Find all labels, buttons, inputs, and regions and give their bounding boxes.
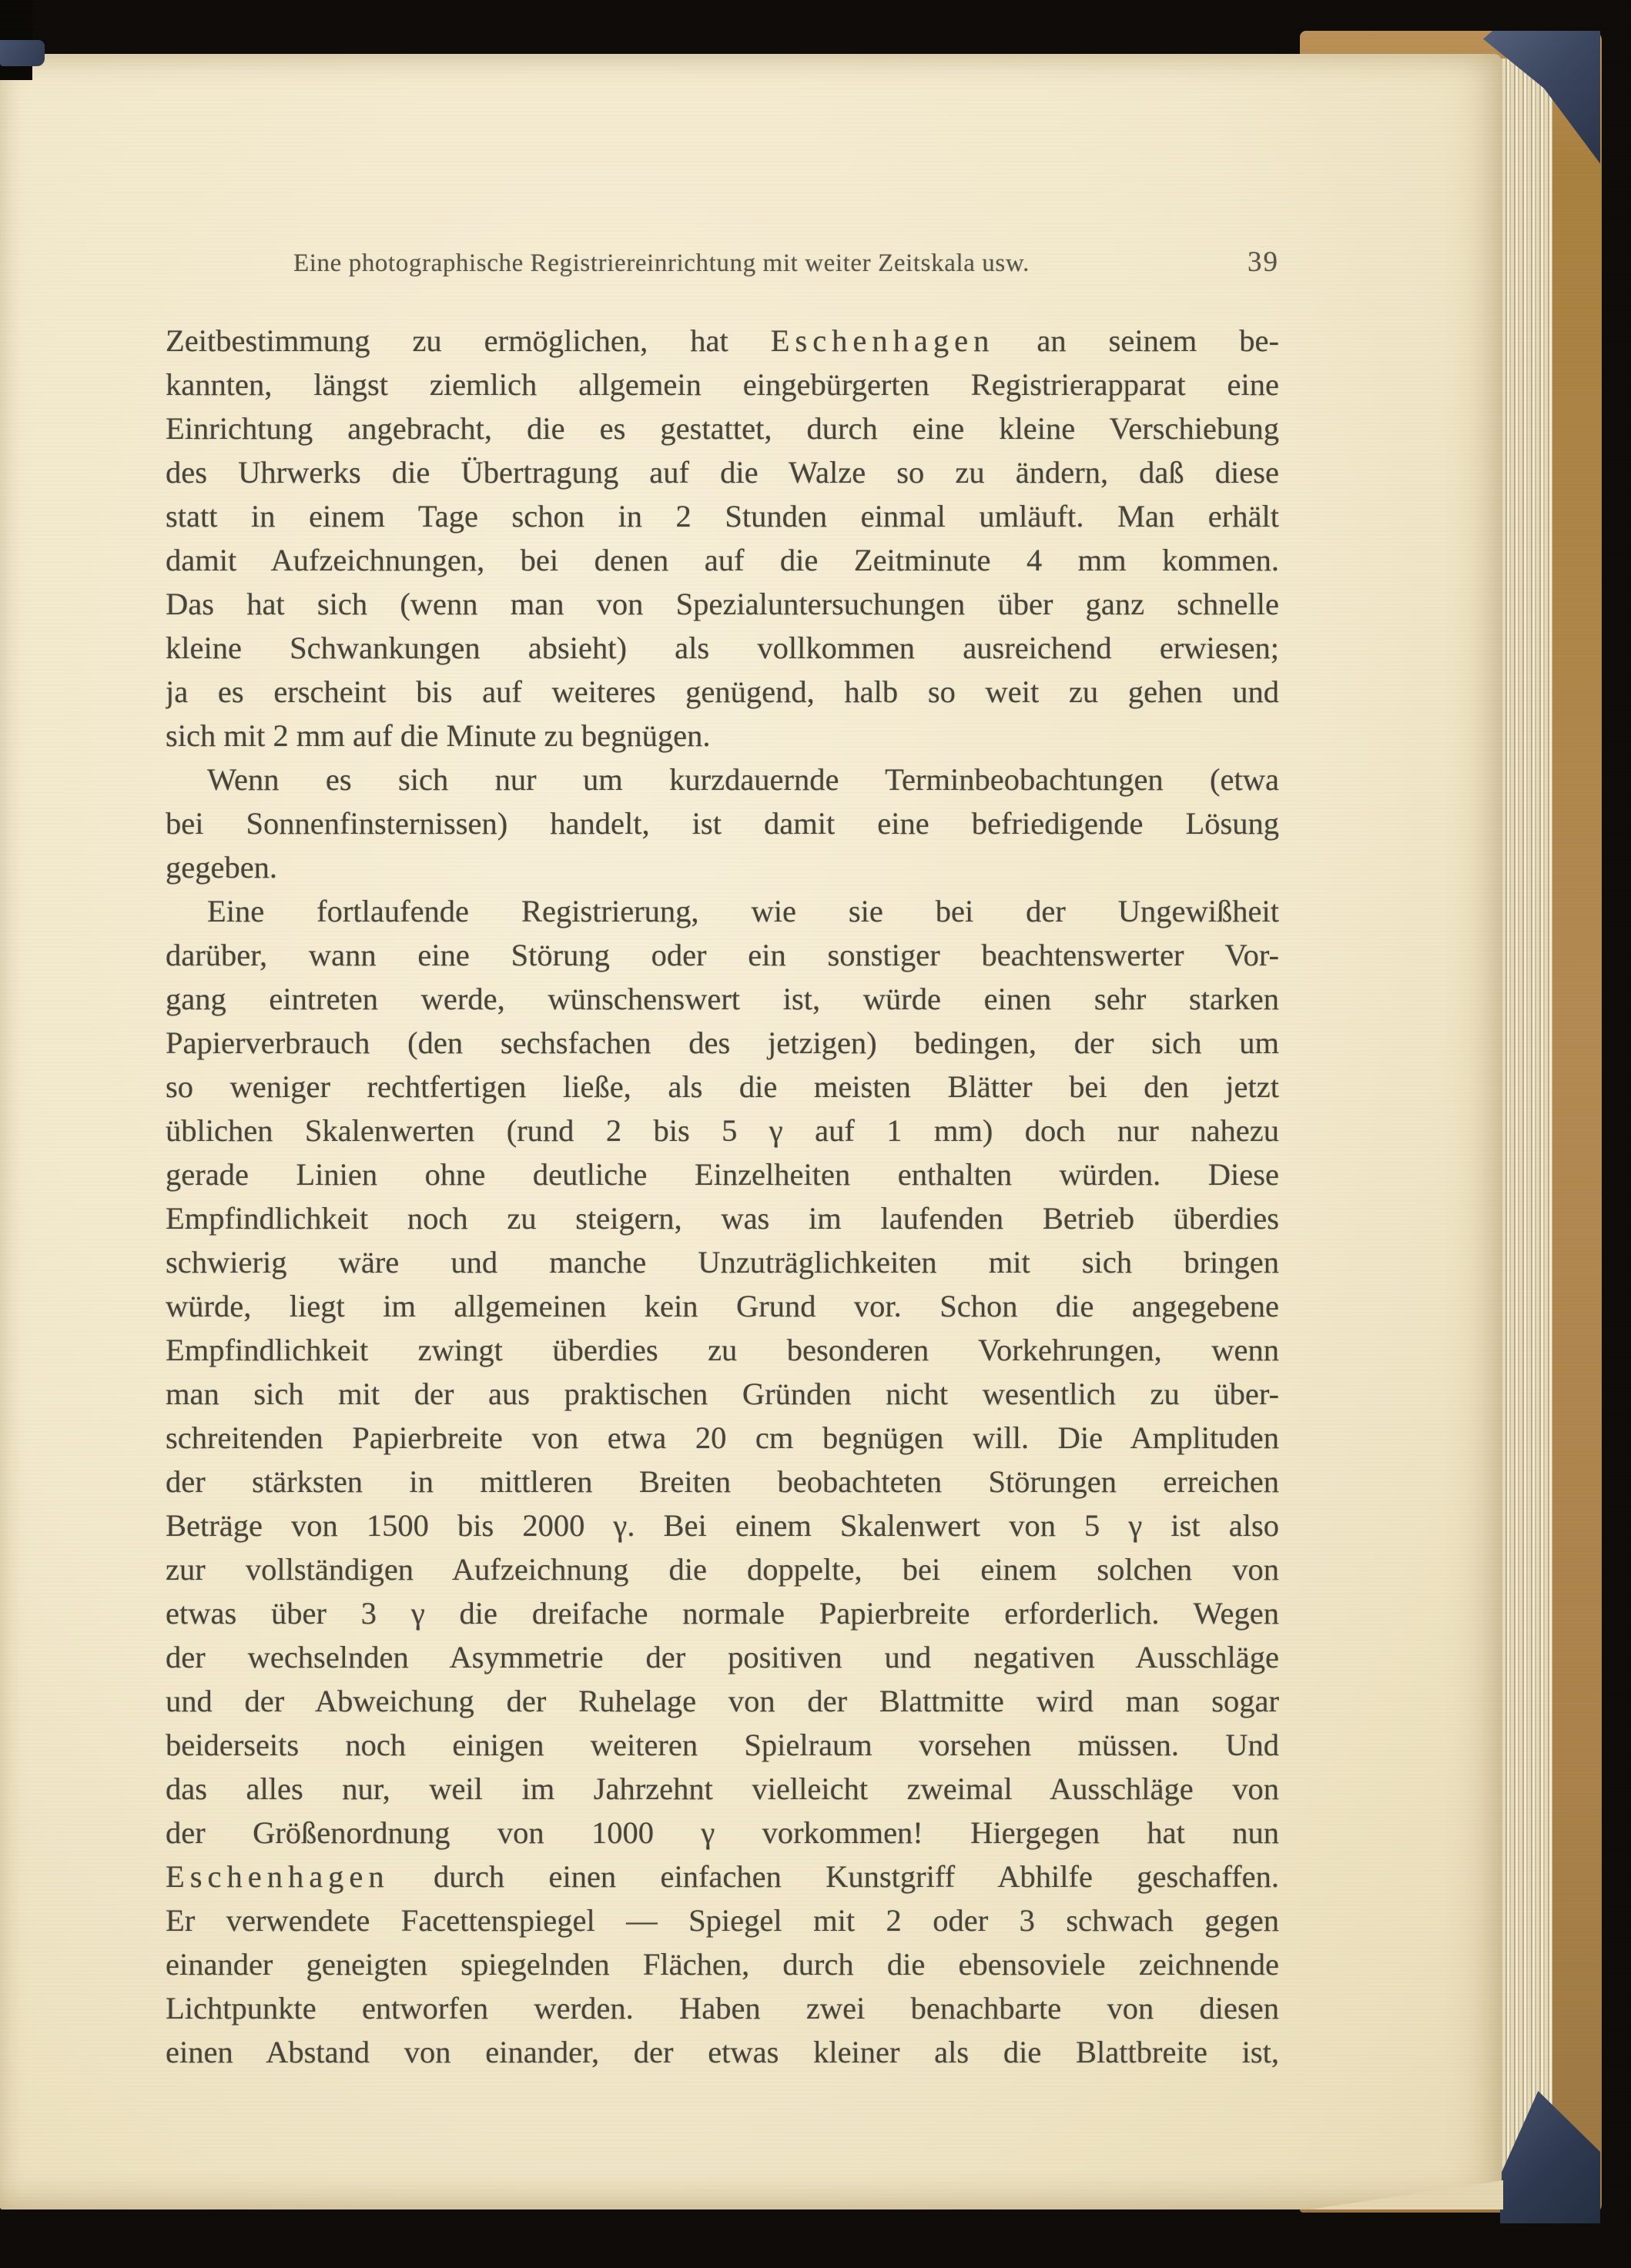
text-line: einander geneigten spiegelnden Flächen, …: [166, 1942, 1279, 1986]
running-title: Eine photographische Registriereinrichtu…: [293, 249, 1030, 278]
text-line: kannten, längst ziemlich allgemein einge…: [166, 363, 1279, 406]
text-line: sich mit 2 mm auf die Minute zu begnügen…: [166, 714, 1279, 758]
text-line: der Größenordnung von 1000 γ vorkommen! …: [166, 1811, 1279, 1855]
text-line: bei Sonnenfinsternissen) handelt, ist da…: [166, 801, 1279, 845]
text-line: Papierverbrauch (den sechsfachen des jet…: [166, 1021, 1279, 1065]
text-line: kleine Schwankungen absieht) als vollkom…: [166, 626, 1279, 670]
text-line: schwierig wäre und manche Unzuträglichke…: [166, 1240, 1279, 1284]
text-line: gang eintreten werde, wünschenswert ist,…: [166, 977, 1279, 1021]
book-page: Eine photographische Registriereinrichtu…: [0, 54, 1502, 2209]
text-line: statt in einem Tage schon in 2 Stunden e…: [166, 494, 1279, 538]
text-line: man sich mit der aus praktischen Gründen…: [166, 1372, 1279, 1416]
text-line: Zeitbestimmung zu ermöglichen, hat Esche…: [166, 319, 1279, 363]
body-text: Zeitbestimmung zu ermöglichen, hat Esche…: [166, 319, 1279, 2074]
text-line: so weniger rechtfertigen ließe, als die …: [166, 1065, 1279, 1109]
letterspaced-name: Eschenhagen: [771, 323, 995, 358]
page-corner-fold: [1309, 2180, 1503, 2209]
text-line: der wechselnden Asymmetrie der positiven…: [166, 1635, 1279, 1679]
text-line: damit Aufzeichnungen, bei denen auf die …: [166, 538, 1279, 582]
text-line: der stärksten in mittleren Breiten beoba…: [166, 1460, 1279, 1504]
text-line: einen Abstand von einander, der etwas kl…: [166, 2030, 1279, 2074]
text-line: zur vollständigen Aufzeichnung die doppe…: [166, 1547, 1279, 1591]
page-header: Eine photographische Registriereinrichtu…: [166, 246, 1279, 279]
scanned-book-page: Eine photographische Registriereinrichtu…: [0, 0, 1631, 2268]
letterspaced-name: Eschenhagen: [166, 1859, 390, 1894]
text-line: gegeben.: [166, 845, 1279, 889]
page-edge-stack: [1495, 59, 1552, 2205]
cloth-scrap-top-left: [0, 40, 45, 66]
text-line: Das hat sich (wenn man von Spezialunters…: [166, 582, 1279, 626]
text-line: beiderseits noch einigen weiteren Spielr…: [166, 1723, 1279, 1767]
text-line: darüber, wann eine Störung oder ein sons…: [166, 933, 1279, 977]
text-line: Einrichtung angebracht, die es gestattet…: [166, 406, 1279, 450]
text-line: Empfindlichkeit zwingt überdies zu beson…: [166, 1328, 1279, 1372]
text-line: gerade Linien ohne deutliche Einzelheite…: [166, 1152, 1279, 1196]
text-line: Beträge von 1500 bis 2000 γ. Bei einem S…: [166, 1504, 1279, 1547]
text-line: Eine fortlaufende Registrierung, wie sie…: [166, 889, 1279, 933]
text-line: würde, liegt im allgemeinen kein Grund v…: [166, 1284, 1279, 1328]
text-line: des Uhrwerks die Übertragung auf die Wal…: [166, 450, 1279, 494]
text-line: Lichtpunkte entworfen werden. Haben zwei…: [166, 1986, 1279, 2030]
page-number: 39: [1248, 246, 1279, 279]
text-line: etwas über 3 γ die dreifache normale Pap…: [166, 1591, 1279, 1635]
text-line: Eschenhagen durch einen einfachen Kunstg…: [166, 1855, 1279, 1898]
text-line: das alles nur, weil im Jahrzehnt viellei…: [166, 1767, 1279, 1811]
text-line: Wenn es sich nur um kurzdauernde Terminb…: [166, 758, 1279, 801]
text-line: Er verwendete Facettenspiegel — Spiegel …: [166, 1898, 1279, 1942]
text-line: ja es erscheint bis auf weiteres genügen…: [166, 670, 1279, 714]
text-line: üblichen Skalenwerten (rund 2 bis 5 γ au…: [166, 1109, 1279, 1152]
text-line: Empfindlichkeit noch zu steigern, was im…: [166, 1196, 1279, 1240]
text-line: schreitenden Papierbreite von etwa 20 cm…: [166, 1416, 1279, 1460]
text-line: und der Abweichung der Ruhelage von der …: [166, 1679, 1279, 1723]
